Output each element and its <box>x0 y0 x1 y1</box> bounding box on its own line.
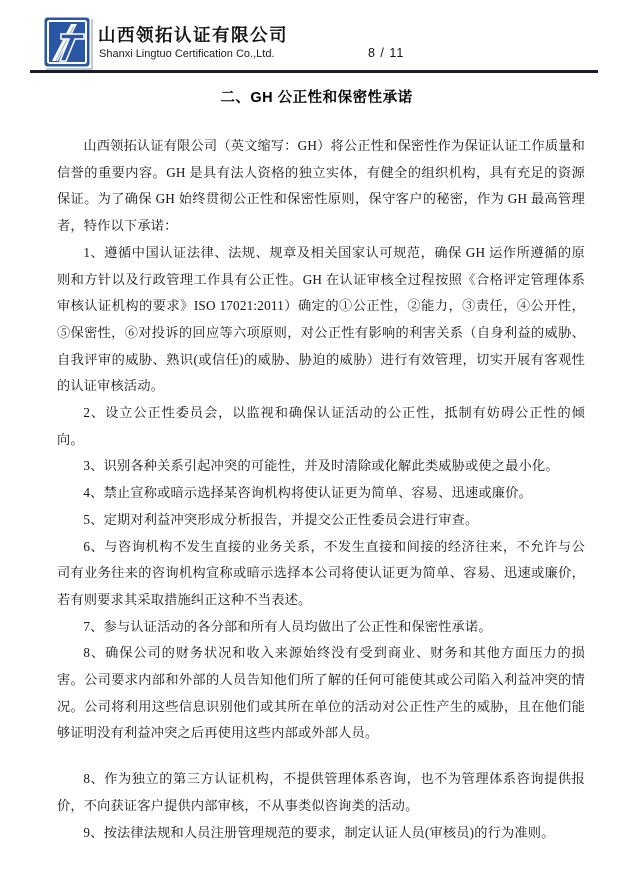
paragraph-item-2: 2、设立公正性委员会，以监视和确保认证活动的公正性，抵制有妨碍公正性的倾向。 <box>57 400 585 453</box>
document-page: 山西领拓认证有限公司 Shanxi Lingtuo Certification … <box>0 0 633 894</box>
paragraph-intro: 山西领拓认证有限公司（英文缩写：GH）将公正性和保密性作为保证认证工作质量和信誉… <box>57 133 585 240</box>
paragraph-item-5: 5、定期对利益冲突形成分析报告，并提交公正性委员会进行审查。 <box>57 507 585 534</box>
document-title: 二、GH 公正性和保密性承诺 <box>0 86 633 107</box>
paragraph-item-3: 3、识别各种关系引起冲突的可能性，并及时清除或化解此类威胁或使之最小化。 <box>57 453 585 480</box>
page-number: 8 / 11 <box>368 46 404 60</box>
company-name-cn: 山西领拓认证有限公司 <box>98 22 288 47</box>
page-header: 山西领拓认证有限公司 Shanxi Lingtuo Certification … <box>0 0 633 72</box>
paragraph-item-9: 9、按法律法规和人员注册管理规范的要求，制定认证人员(审核员)的行为准则。 <box>57 820 585 847</box>
paragraph-item-8: 8、确保公司的财务状况和收入来源始终没有受到商业、财务和其他方面压力的损害。公司… <box>57 640 585 747</box>
paragraph-item-6: 6、与咨询机构不发生直接的业务关系，不发生直接和间接的经济往来，不允许与公司有业… <box>57 534 585 614</box>
paragraph-item-7: 7、参与认证活动的各分部和所有人员均做出了公正性和保密性承诺。 <box>57 614 585 641</box>
paragraph-item-4: 4、禁止宣称或暗示选择某咨询机构将使认证更为简单、容易、迅速或廉价。 <box>57 480 585 507</box>
document-body: 山西领拓认证有限公司（英文缩写：GH）将公正性和保密性作为保证认证工作质量和信誉… <box>57 133 585 846</box>
company-name-en: Shanxi Lingtuo Certification Co.,Ltd. <box>99 48 275 60</box>
company-logo <box>44 17 91 68</box>
header-rule-divider <box>30 70 598 73</box>
lingtuo-logo-icon <box>44 17 91 68</box>
paragraph-item-1: 1、遵循中国认证法律、法规、规章及相关国家认可规范，确保 GH 运作所遵循的原则… <box>57 240 585 400</box>
paragraph-item-8b: 8、作为独立的第三方认证机构，不提供管理体系咨询，也不为管理体系咨询提供报价，不… <box>57 766 585 819</box>
